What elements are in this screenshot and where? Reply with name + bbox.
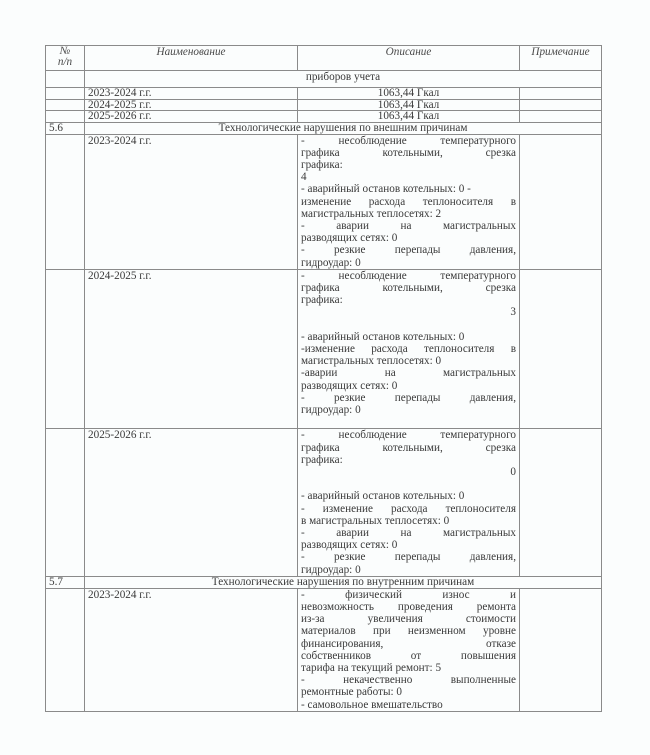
section-title: Технологические нарушения по внутренним … [85, 576, 602, 588]
description-line: - некачественно выполненные [301, 674, 516, 686]
table-row: 2024-2025 г.г.- несоблюдение температурн… [46, 269, 602, 429]
section-number: 5.7 [46, 576, 85, 588]
description-line: в магистральных теплосетях: 0 [301, 515, 516, 527]
period-cell: 2025-2026 г.г. [85, 429, 298, 576]
period-cell: 2023-2024 г.г. [85, 588, 298, 711]
description-line: - аварии на магистральных [301, 527, 516, 539]
period-cell: 2024-2025 г.г. [85, 99, 298, 111]
note-cell [520, 429, 602, 576]
description-line: - аварийный останов котельных: 0 [301, 331, 516, 343]
value-cell: 1063,44 Гкал [298, 111, 520, 123]
description-line: магистральных теплосетях: 0 [301, 355, 516, 367]
note-cell [520, 99, 602, 111]
note-cell [520, 111, 602, 123]
section-title: Технологические нарушения по внешним при… [85, 122, 602, 134]
description-line: графика котельными, срезка [301, 442, 516, 454]
header-name: Наименование [85, 46, 298, 71]
number-cell [46, 88, 85, 100]
description-line: финансирования, отказе [301, 638, 516, 650]
period-cell: 2023-2024 г.г. [85, 134, 298, 269]
note-cell [520, 134, 602, 269]
blank-line [301, 416, 516, 428]
description-line: графика: [301, 294, 516, 306]
description-line: разводящих сетях: 0 [301, 380, 516, 392]
description-line: невозможность проведения ремонта [301, 601, 516, 613]
description-line: - несоблюдение температурного [301, 429, 516, 441]
header-number: №п/п [46, 46, 85, 71]
continued-label: приборов учета [85, 71, 602, 88]
table-row: 2023-2024 г.г.- физический износ иневозм… [46, 588, 602, 711]
blank-line [301, 319, 516, 331]
description-line: из-за увеличения стоимости [301, 613, 516, 625]
period-cell: 2025-2026 г.г. [85, 111, 298, 123]
description-line: - резкие перепады давления, [301, 392, 516, 404]
section-number: 5.6 [46, 122, 85, 134]
description-cell: - несоблюдение температурногографика кот… [298, 134, 520, 269]
description-line: графика котельными, срезка [301, 282, 516, 294]
description-line: магистральных теплосетях: 2 [301, 208, 516, 220]
note-cell [520, 269, 602, 429]
description-cell: - несоблюдение температурногографика кот… [298, 269, 520, 429]
description-line: - аварийный останов котельных: 0 [301, 490, 516, 502]
description-line: -изменение расхода теплоносителя в [301, 343, 516, 355]
value-cell: 1063,44 Гкал [298, 99, 520, 111]
continued-row: приборов учета [46, 71, 602, 88]
number-cell [46, 111, 85, 123]
description-cell: - физический износ иневозможность провед… [298, 588, 520, 711]
description-line: - аварийный останов котельных: 0 - [301, 183, 516, 195]
description-line: материалов при неизменном уровне [301, 625, 516, 637]
number-cell [46, 99, 85, 111]
description-line: - аварии на магистральных [301, 220, 516, 232]
document-table: №п/п Наименование Описание Примечание пр… [45, 45, 602, 712]
table-row: 2023-2024 г.г.1063,44 Гкал [46, 88, 602, 100]
period-cell: 2023-2024 г.г. [85, 88, 298, 100]
description-line: разводящих сетях: 0 [301, 232, 516, 244]
description-line: гидроудар: 0 [301, 257, 516, 269]
description-line: - физический износ и [301, 589, 516, 601]
table-row: 2023-2024 г.г.- несоблюдение температурн… [46, 134, 602, 269]
header-description: Описание [298, 46, 520, 71]
number-cell [46, 429, 85, 576]
period-cell: 2024-2025 г.г. [85, 269, 298, 429]
section-5-6: 5.6Технологические нарушения по внешним … [46, 122, 602, 576]
description-line: - несоблюдение температурного [301, 270, 516, 282]
description-line: собственников от повышения [301, 650, 516, 662]
table-row: 2024-2025 г.г.1063,44 Гкал [46, 99, 602, 111]
description-line: гидроудар: 0 [301, 564, 516, 576]
meter-rows: 2023-2024 г.г.1063,44 Гкал2024-2025 г.г.… [46, 88, 602, 123]
number-cell [46, 134, 85, 269]
description-line: разводящих сетях: 0 [301, 539, 516, 551]
description-line: - изменение расхода теплоносителя [301, 503, 516, 515]
section-5-7: 5.7Технологические нарушения по внутренн… [46, 576, 602, 711]
description-cell: - несоблюдение температурногографика кот… [298, 429, 520, 576]
description-line: 3 [301, 306, 516, 318]
description-line: - резкие перепады давления, [301, 551, 516, 563]
empty-cell [46, 71, 85, 88]
table-row: 2025-2026 г.г.1063,44 Гкал [46, 111, 602, 123]
number-cell [46, 588, 85, 711]
description-line: графика: [301, 159, 516, 171]
header-row: №п/п Наименование Описание Примечание [46, 46, 602, 71]
description-line: - самовольное вмешательство [301, 699, 516, 711]
note-cell [520, 88, 602, 100]
section-header-row: 5.7Технологические нарушения по внутренн… [46, 576, 602, 588]
description-line: - резкие перепады давления, [301, 244, 516, 256]
description-line: 0 [301, 466, 516, 478]
section-header-row: 5.6Технологические нарушения по внешним … [46, 122, 602, 134]
note-cell [520, 588, 602, 711]
description-line: тарифа на текущий ремонт: 5 [301, 662, 516, 674]
header-note: Примечание [520, 46, 602, 71]
description-line: ремонтные работы: 0 [301, 686, 516, 698]
number-cell [46, 269, 85, 429]
value-cell: 1063,44 Гкал [298, 88, 520, 100]
description-line: - несоблюдение температурного [301, 135, 516, 147]
blank-line [301, 478, 516, 490]
description-line: гидроудар: 0 [301, 404, 516, 416]
description-line: 4 [301, 171, 516, 183]
description-line: -аварии на магистральных [301, 367, 516, 379]
table-row: 2025-2026 г.г.- несоблюдение температурн… [46, 429, 602, 576]
description-line: изменение расхода теплоносителя в [301, 196, 516, 208]
description-line: графика котельными, срезка [301, 147, 516, 159]
description-line: графика: [301, 454, 516, 466]
header-number-line2: п/п [58, 56, 72, 68]
